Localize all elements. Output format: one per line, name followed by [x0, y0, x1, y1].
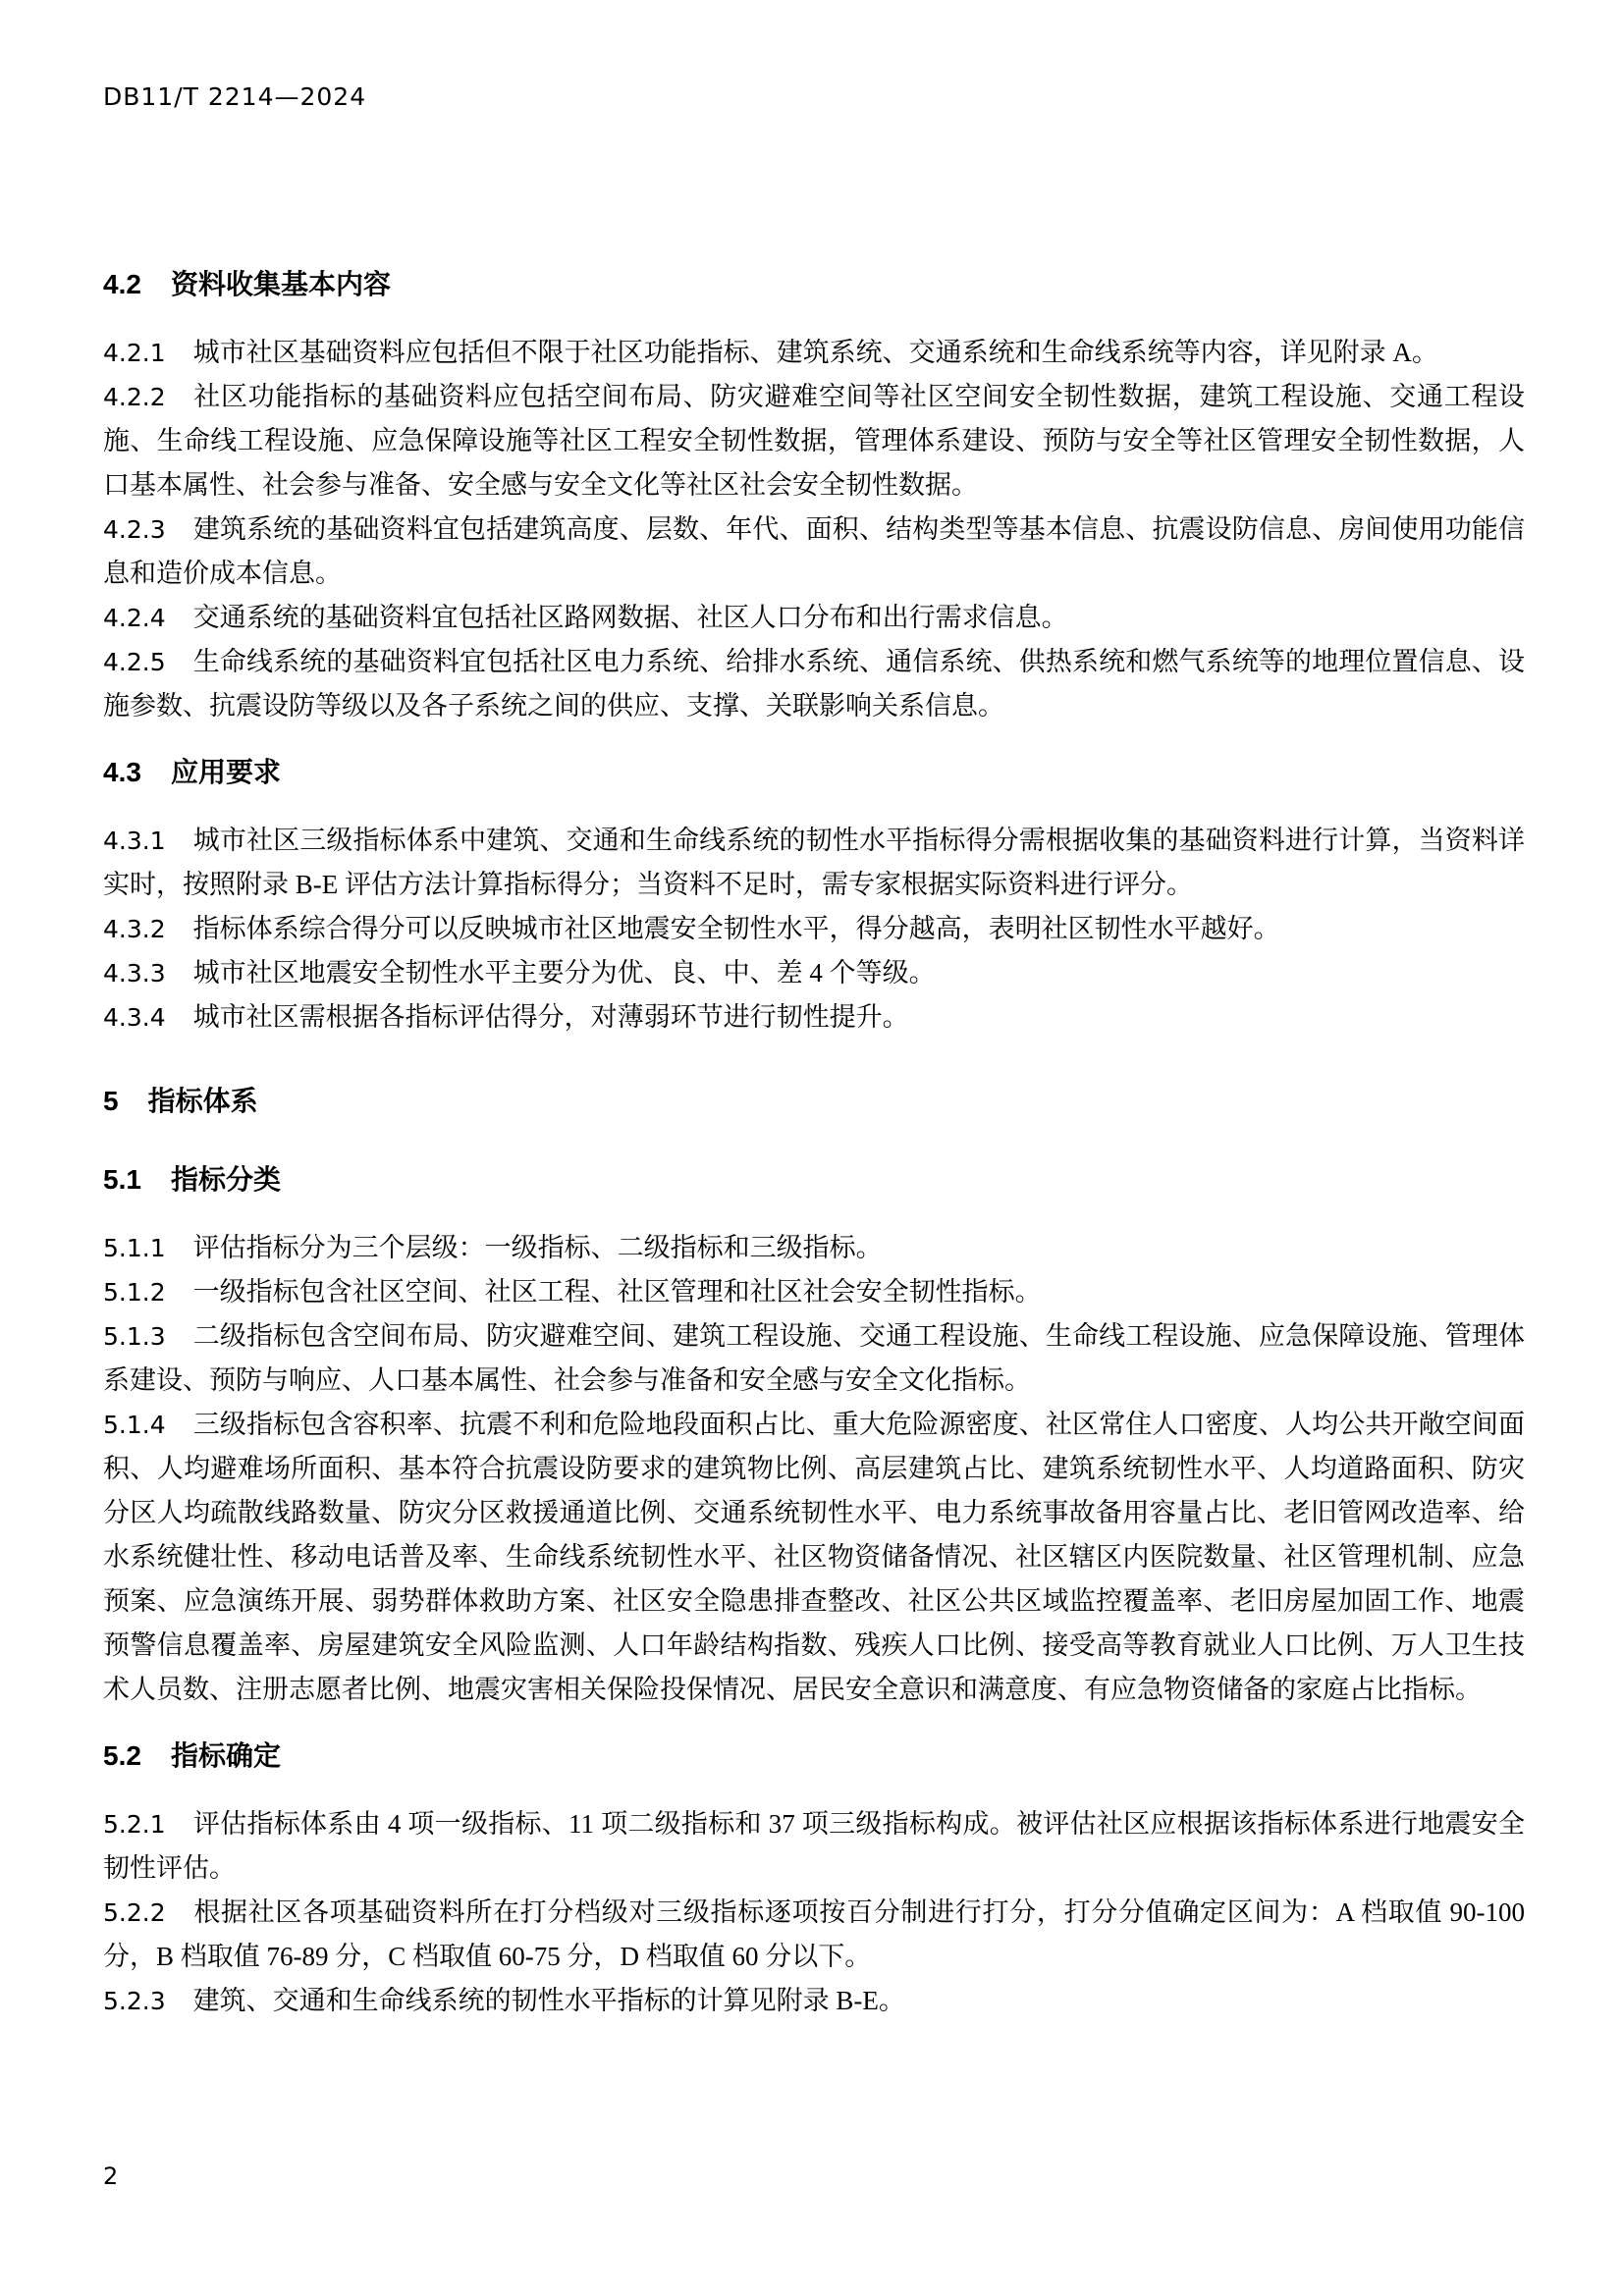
clause-text: 建筑系统的基础资料宜包括建筑高度、层数、年代、面积、结构类型等基本信息、抗震设防…	[103, 514, 1525, 588]
heading-5-2: 5.2指标确定	[103, 1739, 1525, 1773]
clause-text: 评估指标分为三个层级：一级指标、二级指标和三级指标。	[193, 1233, 883, 1262]
clause-number: 5	[103, 1086, 119, 1116]
clause-number: 4.3.4	[103, 1003, 166, 1032]
clause-4-2-3: 4.2.3建筑系统的基础资料宜包括建筑高度、层数、年代、面积、结构类型等基本信息…	[103, 507, 1525, 596]
clause-text: 建筑、交通和生命线系统的韧性水平指标的计算见附录 B-E。	[193, 1986, 905, 2015]
clause-5-1-2: 5.1.2一级指标包含社区空间、社区工程、社区管理和社区社会安全韧性指标。	[103, 1270, 1525, 1314]
heading-text: 指标体系	[148, 1086, 258, 1116]
clause-5-2-3: 5.2.3建筑、交通和生命线系统的韧性水平指标的计算见附录 B-E。	[103, 1979, 1525, 2023]
heading-5-1: 5.1指标分类	[103, 1163, 1525, 1197]
clause-5-1-3: 5.1.3二级指标包含空间布局、防灾避难空间、建筑工程设施、交通工程设施、生命线…	[103, 1314, 1525, 1403]
heading-text: 应用要求	[171, 757, 281, 787]
clause-5-1-1: 5.1.1评估指标分为三个层级：一级指标、二级指标和三级指标。	[103, 1226, 1525, 1270]
clause-number: 4.2.5	[103, 648, 166, 676]
page-number: 2	[103, 2163, 118, 2190]
clause-number: 4.3.2	[103, 915, 166, 943]
clause-text: 城市社区地震安全韧性水平主要分为优、良、中、差 4 个等级。	[193, 958, 936, 988]
clause-number: 4.3.1	[103, 827, 166, 855]
clause-number: 4.2	[103, 269, 141, 299]
clause-number: 5.1.2	[103, 1278, 166, 1307]
heading-text: 指标分类	[171, 1164, 281, 1195]
clause-number: 5.1.1	[103, 1234, 166, 1262]
heading-5: 5指标体系	[103, 1085, 1525, 1118]
clause-4-2-2: 4.2.2社区功能指标的基础资料应包括空间布局、防灾避难空间等社区空间安全韧性数…	[103, 375, 1525, 507]
heading-text: 资料收集基本内容	[171, 269, 391, 299]
clause-text: 指标体系综合得分可以反映城市社区地震安全韧性水平，得分越高，表明社区韧性水平越好…	[193, 914, 1280, 943]
heading-4-2: 4.2资料收集基本内容	[103, 268, 1525, 301]
clause-4-2-1: 4.2.1城市社区基础资料应包括但不限于社区功能指标、建筑系统、交通系统和生命线…	[103, 331, 1525, 375]
clause-text: 交通系统的基础资料宜包括社区路网数据、社区人口分布和出行需求信息。	[193, 603, 1068, 632]
clause-5-2-2: 5.2.2根据社区各项基础资料所在打分档级对三级指标逐项按百分制进行打分，打分分…	[103, 1891, 1525, 1979]
clause-number: 5.1	[103, 1164, 141, 1195]
clause-text: 社区功能指标的基础资料应包括空间布局、防灾避难空间等社区空间安全韧性数据，建筑工…	[103, 382, 1525, 500]
doc-code: DB11/T 2214—2024	[103, 83, 1525, 111]
clause-number: 5.2	[103, 1740, 141, 1771]
clause-text: 三级指标包含容积率、抗震不利和危险地段面积占比、重大危险源密度、社区常住人口密度…	[103, 1410, 1525, 1704]
clause-text: 根据社区各项基础资料所在打分档级对三级指标逐项按百分制进行打分，打分分值确定区间…	[103, 1897, 1525, 1971]
clause-number: 4.2.4	[103, 604, 166, 632]
clause-4-3-3: 4.3.3城市社区地震安全韧性水平主要分为优、良、中、差 4 个等级。	[103, 951, 1525, 995]
clause-4-3-4: 4.3.4城市社区需根据各指标评估得分，对薄弱环节进行韧性提升。	[103, 995, 1525, 1040]
clause-number: 5.1.4	[103, 1411, 166, 1439]
clause-number: 4.3	[103, 757, 141, 787]
clause-number: 5.2.3	[103, 1987, 166, 2015]
heading-4-3: 4.3应用要求	[103, 756, 1525, 789]
clause-text: 一级指标包含社区空间、社区工程、社区管理和社区社会安全韧性指标。	[193, 1277, 1042, 1307]
document-body: DB11/T 2214—2024 4.2资料收集基本内容4.2.1城市社区基础资…	[103, 83, 1525, 2023]
clause-number: 4.2.3	[103, 515, 166, 544]
clause-number: 4.3.3	[103, 959, 166, 988]
clause-4-3-2: 4.3.2指标体系综合得分可以反映城市社区地震安全韧性水平，得分越高，表明社区韧…	[103, 907, 1525, 951]
clause-text: 评估指标体系由 4 项一级指标、11 项二级指标和 37 项三级指标构成。被评估…	[103, 1809, 1525, 1883]
clause-text: 城市社区需根据各指标评估得分，对薄弱环节进行韧性提升。	[193, 1002, 909, 1032]
clause-5-2-1: 5.2.1评估指标体系由 4 项一级指标、11 项二级指标和 37 项三级指标构…	[103, 1802, 1525, 1891]
clause-5-1-4: 5.1.4三级指标包含容积率、抗震不利和危险地段面积占比、重大危险源密度、社区常…	[103, 1403, 1525, 1712]
clause-4-3-1: 4.3.1城市社区三级指标体系中建筑、交通和生命线系统的韧性水平指标得分需根据收…	[103, 819, 1525, 907]
clause-4-2-5: 4.2.5生命线系统的基础资料宜包括社区电力系统、给排水系统、通信系统、供热系统…	[103, 640, 1525, 728]
document-page: DB11/T 2214—2024 4.2资料收集基本内容4.2.1城市社区基础资…	[0, 0, 1623, 2296]
clause-number: 5.2.1	[103, 1810, 166, 1839]
heading-text: 指标确定	[171, 1740, 281, 1771]
clause-number: 5.2.2	[103, 1898, 166, 1927]
clause-text: 城市社区基础资料应包括但不限于社区功能指标、建筑系统、交通系统和生命线系统等内容…	[193, 338, 1438, 367]
clause-text: 二级指标包含空间布局、防灾避难空间、建筑工程设施、交通工程设施、生命线工程设施、…	[103, 1321, 1525, 1395]
clause-number: 5.1.3	[103, 1322, 166, 1351]
clause-number: 4.2.2	[103, 383, 166, 411]
clause-4-2-4: 4.2.4交通系统的基础资料宜包括社区路网数据、社区人口分布和出行需求信息。	[103, 596, 1525, 640]
clause-text: 城市社区三级指标体系中建筑、交通和生命线系统的韧性水平指标得分需根据收集的基础资…	[103, 826, 1525, 899]
clause-text: 生命线系统的基础资料宜包括社区电力系统、给排水系统、通信系统、供热系统和燃气系统…	[103, 647, 1525, 721]
clause-number: 4.2.1	[103, 339, 166, 367]
